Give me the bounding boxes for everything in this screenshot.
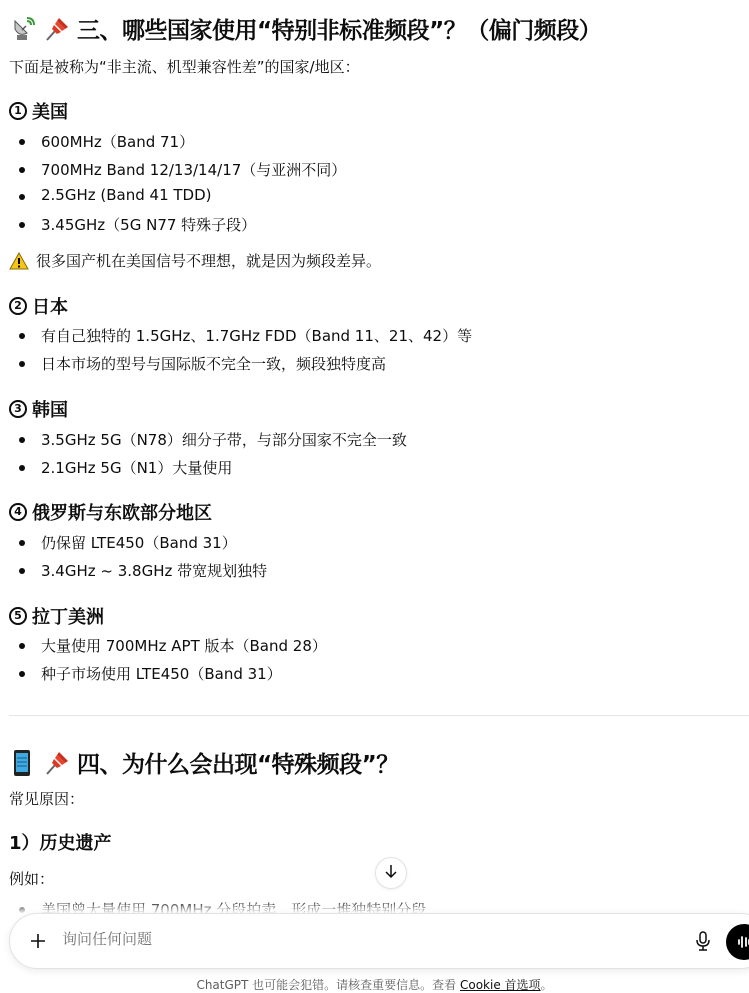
circled-number-2: 2 bbox=[9, 297, 27, 315]
country-heading-russia-eastern-europe: 4 俄罗斯与东欧部分地区 bbox=[9, 499, 212, 525]
scroll-to-bottom-button[interactable] bbox=[375, 857, 407, 889]
circled-number-5: 5 bbox=[9, 607, 27, 625]
country-heading-latin-america: 5 拉丁美洲 bbox=[9, 603, 104, 629]
section3-intro: 下面是被称为“非主流、机型兼容性差”的国家/地区： bbox=[9, 56, 360, 77]
list-item: 2.1GHz 5G（N1）大量使用 bbox=[41, 457, 232, 478]
circled-number-3: 3 bbox=[9, 400, 27, 418]
satellite-antenna-icon bbox=[9, 15, 37, 43]
subheading-history: 1）历史遗产 bbox=[9, 829, 112, 855]
arrow-down-icon bbox=[383, 863, 399, 883]
list-item: 3.45GHz（5G N77 特殊子段） bbox=[41, 214, 256, 235]
cookie-preferences-link[interactable]: Cookie 首选项 bbox=[460, 978, 541, 992]
list-item: 有自己独特的 1.5GHz、1.7GHz FDD（Band 11、21、42）等 bbox=[41, 325, 472, 346]
list-item: 600MHz（Band 71） bbox=[41, 131, 194, 152]
message-composer bbox=[9, 913, 749, 969]
pushpin-icon bbox=[43, 15, 71, 43]
section4-heading: 四、为什么会出现“特殊频段”？ bbox=[9, 746, 399, 779]
voice-mode-button[interactable] bbox=[726, 924, 749, 960]
country-heading-japan: 2 日本 bbox=[9, 293, 68, 319]
section4-intro: 常见原因： bbox=[9, 788, 84, 809]
circled-number-4: 4 bbox=[9, 503, 27, 521]
plus-icon[interactable] bbox=[28, 931, 48, 951]
list-item: 2.5GHz (Band 41 TDD) bbox=[41, 186, 212, 204]
list-item: 3.5GHz 5G（N78）细分子带，与部分国家不完全一致 bbox=[41, 429, 407, 450]
section3-heading: 三、哪些国家使用“特别非标准频段”？（偏门频段） bbox=[9, 12, 601, 45]
content-fade bbox=[0, 900, 749, 914]
pushpin-icon bbox=[43, 749, 71, 777]
mobile-phone-icon bbox=[9, 749, 37, 777]
circled-number-1: 1 bbox=[9, 102, 27, 120]
list-item: 700MHz Band 12/13/14/17（与亚洲不同） bbox=[41, 159, 346, 180]
waveform-icon bbox=[736, 934, 749, 950]
country-heading-korea: 3 韩国 bbox=[9, 396, 68, 422]
warning-icon bbox=[9, 252, 29, 270]
country-heading-usa: 1 美国 bbox=[9, 98, 68, 124]
list-item: 日本市场的型号与国际版不完全一致，频段独特度高 bbox=[41, 353, 386, 374]
example-label: 例如： bbox=[9, 868, 54, 889]
message-input[interactable] bbox=[62, 930, 622, 948]
warning-note: 很多国产机在美国信号不理想，就是因为频段差异。 bbox=[9, 250, 381, 271]
divider bbox=[9, 715, 749, 716]
list-item: 大量使用 700MHz APT 版本（Band 28） bbox=[41, 635, 327, 656]
list-item: 种子市场使用 LTE450（Band 31） bbox=[41, 663, 282, 684]
list-item: 仍保留 LTE450（Band 31） bbox=[41, 532, 237, 553]
disclaimer-footer: ChatGPT 也可能会犯错。请核查重要信息。查看 Cookie 首选项。 bbox=[0, 976, 749, 993]
microphone-icon[interactable] bbox=[694, 931, 712, 951]
list-item: 3.4GHz ~ 3.8GHz 带宽规划独特 bbox=[41, 560, 267, 581]
